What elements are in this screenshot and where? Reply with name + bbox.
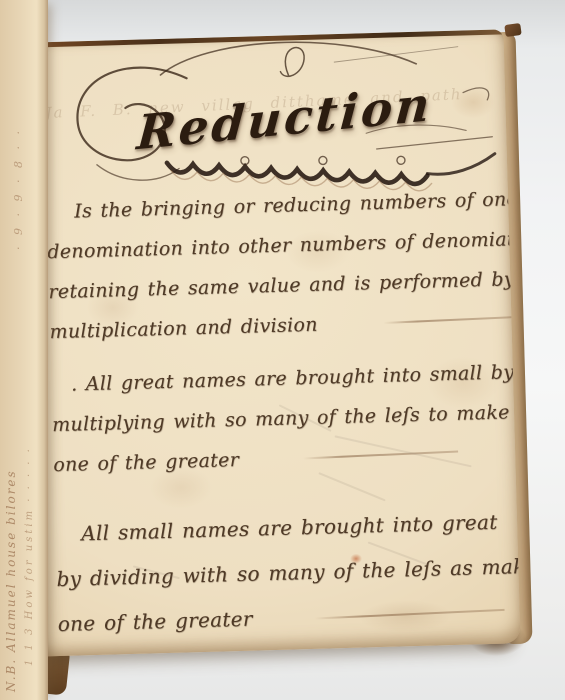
line-text: one of the greater [57, 607, 253, 636]
paragraph-small-to-great: All small names are brought into great b… [55, 499, 515, 647]
left-page-note: 1 1 3 How for ustim · · · · · [24, 386, 35, 666]
paragraph-definition: Is the bringing or reducing numbers of o… [46, 179, 506, 352]
photograph-background: Ja F. B. new villag ditthame and path [0, 0, 565, 700]
left-page-note: N.B. Allamuel house bilores [4, 392, 18, 692]
line-text: multiplication and division [49, 314, 318, 343]
flourish-rule [384, 316, 519, 324]
manuscript-page: Ja F. B. new villag ditthame and path [22, 29, 521, 656]
line-text: one of the greater [53, 449, 239, 476]
previous-page-edge: N.B. Allamuel house bilores 1 1 3 How fo… [0, 0, 48, 700]
manuscript-body: Is the bringing or reducing numbers of o… [46, 179, 515, 647]
book-cover-corner-top [504, 23, 522, 37]
flourish-rule [315, 609, 505, 620]
left-page-note: · 9 · 9 · 8 · · [12, 20, 25, 250]
paragraph-great-to-small: . All great names are brought into small… [51, 352, 510, 485]
